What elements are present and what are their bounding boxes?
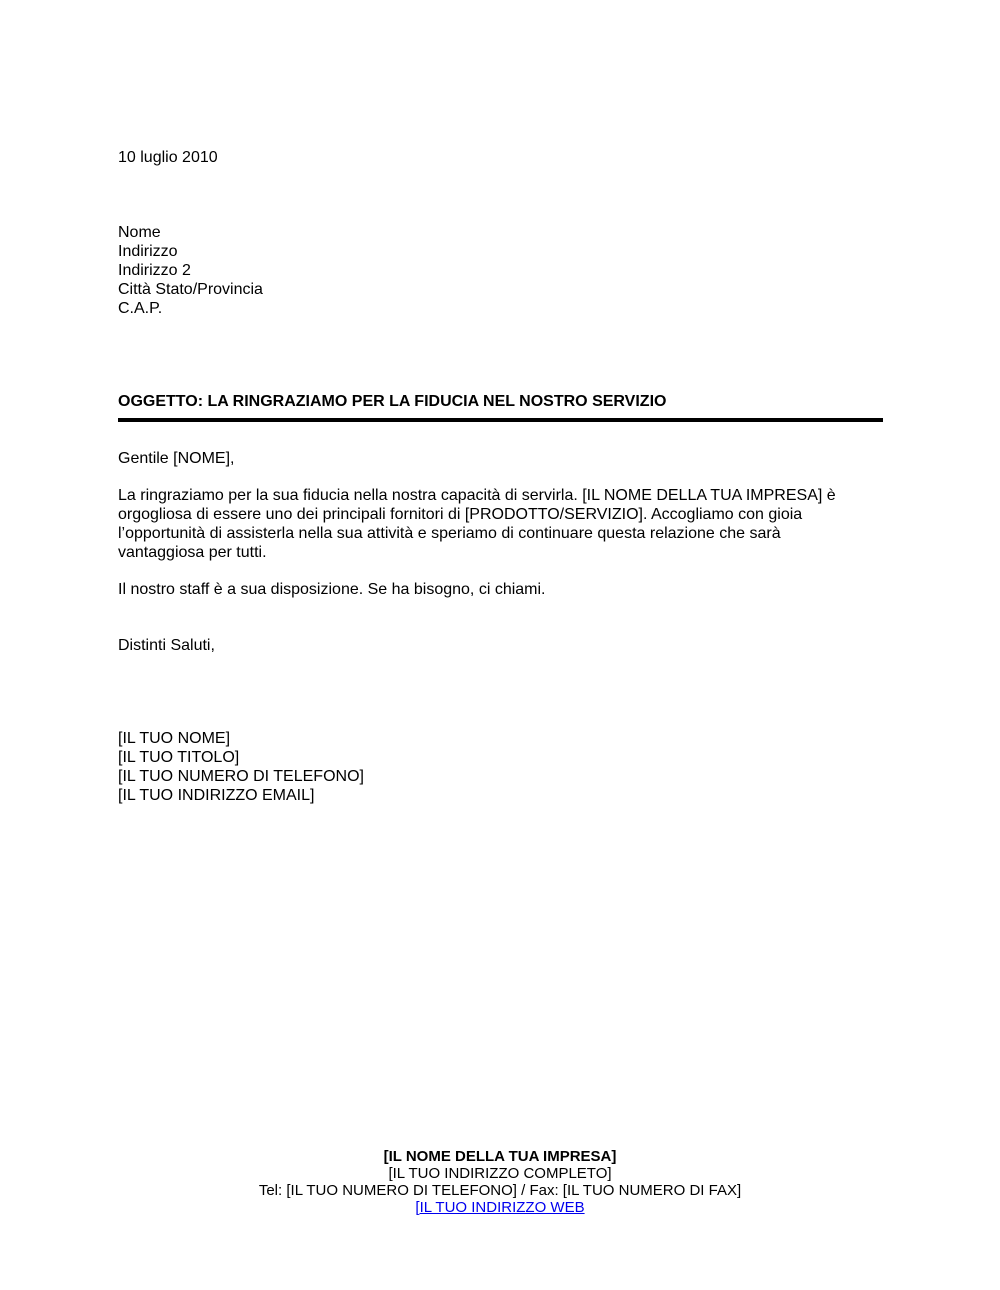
greeting: Gentile [NOME], (118, 449, 234, 468)
closing: Distinti Saluti, (118, 636, 215, 655)
body-paragraph-2: Il nostro staff è a sua disposizione. Se… (118, 580, 546, 599)
body-line: La ringraziamo per la sua fiducia nella … (118, 486, 888, 505)
signature-phone: [IL TUO NUMERO DI TELEFONO] (118, 767, 364, 786)
recipient-postal-code: C.A.P. (118, 299, 263, 318)
subject-divider (118, 418, 883, 422)
letter-date: 10 luglio 2010 (118, 148, 218, 167)
body-paragraph-1: La ringraziamo per la sua fiducia nella … (118, 486, 888, 562)
signature-block: [IL TUO NOME] [IL TUO TITOLO] [IL TUO NU… (118, 729, 364, 805)
footer-company-name: [IL NOME DELLA TUA IMPRESA] (0, 1148, 1000, 1165)
subject-line: OGGETTO: LA RINGRAZIAMO PER LA FIDUCIA N… (118, 392, 666, 411)
recipient-name: Nome (118, 223, 263, 242)
body-line: vantaggiosa per tutti. (118, 543, 888, 562)
signature-name: [IL TUO NOME] (118, 729, 364, 748)
footer-address: [IL TUO INDIRIZZO COMPLETO] (0, 1165, 1000, 1182)
signature-title: [IL TUO TITOLO] (118, 748, 364, 767)
body-line: orgogliosa di essere uno dei principali … (118, 505, 888, 524)
footer-web-link[interactable]: [IL TUO INDIRIZZO WEB (415, 1199, 584, 1216)
recipient-address: Nome Indirizzo Indirizzo 2 Città Stato/P… (118, 223, 263, 318)
body-line: l’opportunità di assisterla nella sua at… (118, 524, 888, 543)
recipient-address-line-2: Indirizzo 2 (118, 261, 263, 280)
letterhead-footer: [IL NOME DELLA TUA IMPRESA] [IL TUO INDI… (0, 1148, 1000, 1216)
signature-email: [IL TUO INDIRIZZO EMAIL] (118, 786, 364, 805)
letter-page: 10 luglio 2010 Nome Indirizzo Indirizzo … (0, 0, 1000, 1290)
recipient-city-state: Città Stato/Provincia (118, 280, 263, 299)
footer-contact: Tel: [IL TUO NUMERO DI TELEFONO] / Fax: … (0, 1182, 1000, 1199)
recipient-address-line-1: Indirizzo (118, 242, 263, 261)
